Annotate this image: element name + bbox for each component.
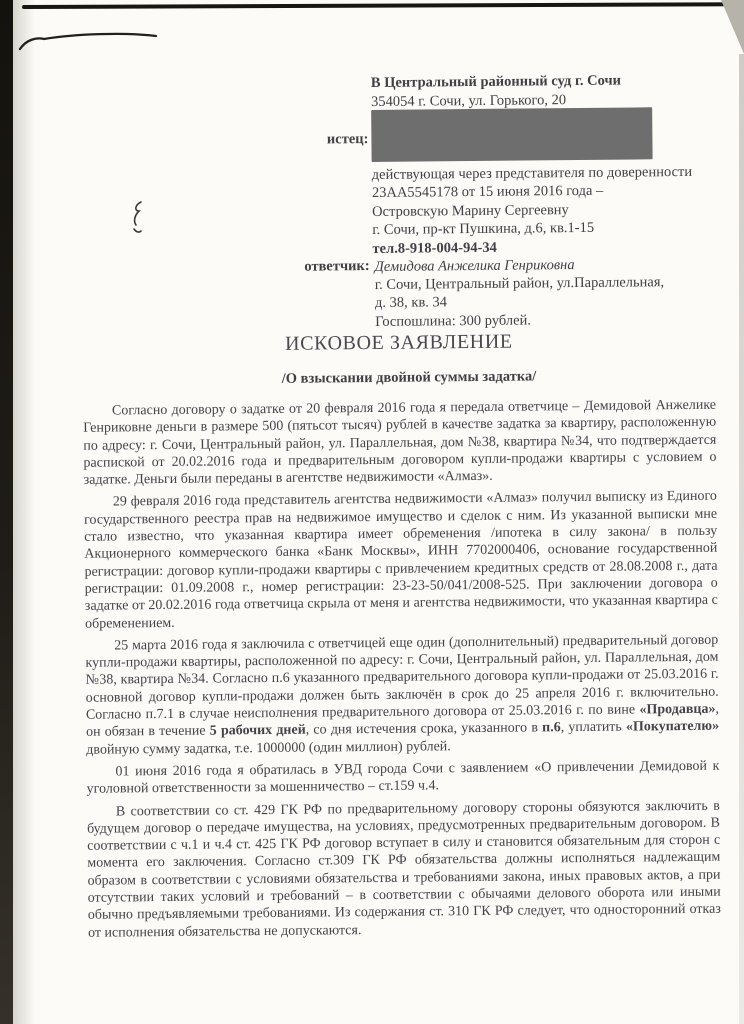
paragraph-text: 01 июня 2016 года я обратилась в УВД гор… [87, 759, 720, 797]
scanned-document-page: В Центральный районный суд г. Сочи 35405… [0, 0, 744, 1024]
body-paragraph: В соответствии со ст. 429 ГК РФ по предв… [87, 797, 721, 941]
body-paragraph: 29 февраля 2016 года представитель агент… [84, 488, 718, 632]
plaintiff-details: действующая через представителя по довер… [372, 163, 693, 258]
body-paragraph: 01 июня 2016 года я обратилась в УВД гор… [86, 758, 719, 799]
paragraph-text: двойную сумму задатка, т.е. 1000000 (оди… [86, 739, 451, 757]
emphasized-text: п.6 [542, 721, 561, 736]
document-title: ИСКОВОЕ ЗАЯВЛЕНИЕ [82, 329, 715, 358]
court-name: В Центральный районный суд г. Сочи [371, 72, 621, 93]
paragraph-text: 25 марта 2016 года я заключила с ответчи… [85, 633, 718, 723]
defendant-details: Демидова Анжелика Генриковна г. Сочи, Це… [375, 255, 665, 331]
emphasized-text: «Продавца» [639, 702, 715, 718]
redaction-box [371, 107, 652, 162]
state-fee: Госпошлина: 300 рублей. [375, 310, 664, 331]
paragraph-text: , уплатить [561, 720, 626, 736]
plaintiff-label: истец: [248, 131, 368, 149]
paragraph-text: , со дня истечения срока, указанного в [306, 721, 543, 738]
paragraph-text: 29 февраля 2016 года представитель агент… [84, 489, 718, 631]
emphasized-text: 5 рабочих дней [210, 723, 306, 739]
emphasized-text: «Покупателю» [626, 719, 719, 735]
paragraph-text: Согласно договору о задатке от 20 феврал… [83, 398, 716, 488]
court-header: В Центральный районный суд г. Сочи 35405… [371, 72, 621, 111]
defendant-label: ответчик: [250, 258, 370, 276]
body-paragraph: 25 марта 2016 года я заключила с ответчи… [85, 632, 719, 759]
paragraph-text: В соответствии со ст. 429 ГК РФ по предв… [87, 798, 721, 940]
document-subtitle: /О взыскании двойной суммы задатка/ [282, 368, 537, 387]
body-paragraph: Согласно договору о задатке от 20 феврал… [83, 397, 717, 490]
document-content: В Центральный районный суд г. Сочи 35405… [0, 0, 744, 1024]
document-body: Согласно договору о задатке от 20 феврал… [83, 397, 721, 947]
defendant-line: г. Сочи, Центральный район, ул.Параллель… [375, 273, 664, 294]
plaintiff-line: действующая через представителя по довер… [372, 163, 693, 184]
